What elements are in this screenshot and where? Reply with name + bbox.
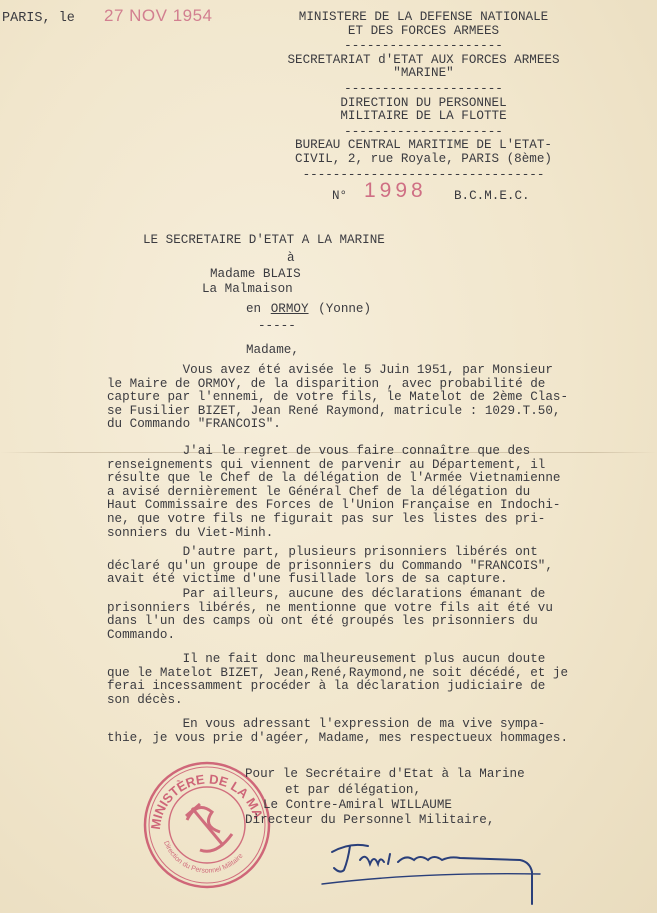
letterhead: MINISTERE DE LA DEFENSE NATIONALE ET DES… <box>266 11 581 208</box>
text-line: Par ailleurs, aucune des déclarations ém… <box>107 588 553 602</box>
secretariat-line1: SECRETARIAT d'ETAT AUX FORCES ARMEES <box>266 54 581 68</box>
ministry-line2: ET DES FORCES ARMEES <box>266 25 581 39</box>
recipient-town-line: en ORMOY (Yonne) <box>246 299 371 317</box>
text-line: capture par l'ennemi, de votre fils, le … <box>107 391 568 405</box>
text-line: se Fusilier BIZET, Jean René Raymond, ma… <box>107 405 568 419</box>
text-line: renseignements qui viennent de parvenir … <box>107 459 560 473</box>
separator: --------------------- <box>266 40 581 54</box>
signature-line-3: Le Contre-Amiral WILLAUME <box>263 799 452 813</box>
text-line: sonniers du Viet-Minh. <box>107 527 560 541</box>
signature-icon <box>320 830 550 910</box>
text-line: thie, je vous prie d'agéer, Madame, mes … <box>107 732 568 746</box>
number-label: N° <box>332 190 347 204</box>
place-label: PARIS, le <box>2 12 75 26</box>
body-paragraph-3: D'autre part, plusieurs prisonniers libé… <box>107 546 553 587</box>
text-line: Commando. <box>107 629 553 643</box>
number-value: 1998 <box>364 184 427 198</box>
separator: --------------------- <box>266 126 581 140</box>
ministry-line1: MINISTERE DE LA DEFENSE NATIONALE <box>266 11 581 25</box>
town-dept: (Yonne) <box>318 302 371 316</box>
secretariat-line2: "MARINE" <box>266 67 581 81</box>
text-line: résulte que le Chef de la délégation de … <box>107 472 560 486</box>
body-paragraph-5: Il ne fait donc malheureusement plus auc… <box>107 653 568 707</box>
direction-line1: DIRECTION DU PERSONNEL <box>266 97 581 111</box>
text-line: le Maire de ORMOY, de la disparition , a… <box>107 378 568 392</box>
text-line: du Commando "FRANCOIS". <box>107 418 568 432</box>
address-separator: ----- <box>258 320 296 334</box>
number-suffix: B.C.M.E.C. <box>454 190 530 204</box>
signature-line-1: Pour le Secrétaire d'Etat à la Marine <box>245 768 525 782</box>
body-paragraph-2: J'ai le regret de vous faire connaître q… <box>107 445 560 540</box>
text-line: ferai incessamment procéder à la déclara… <box>107 680 568 694</box>
recipient-place: La Malmaison <box>202 283 293 297</box>
handwritten-signature <box>320 830 550 910</box>
body-paragraph-6: En vous adressant l'expression de ma viv… <box>107 718 568 745</box>
signature-line-2: et par délégation, <box>285 784 421 798</box>
date-stamp: 27 NOV 1954 <box>104 9 213 23</box>
recipient-name: Madame BLAIS <box>210 268 301 282</box>
text-line: ne, que votre fils ne figurait pas sur l… <box>107 513 560 527</box>
text-line: Il ne fait donc malheureusement plus auc… <box>107 653 568 667</box>
sender-title: LE SECRETAIRE D'ETAT A LA MARINE <box>143 234 385 248</box>
text-line: Haut Commissaire des Forces de l'Union F… <box>107 499 560 513</box>
direction-line2: MILITAIRE DE LA FLOTTE <box>266 110 581 124</box>
separator: --------------------- <box>266 83 581 97</box>
text-line: que le Matelot BIZET, Jean,René,Raymond,… <box>107 667 568 681</box>
text-line: avait été victime d'une fusillade lors d… <box>107 573 553 587</box>
bureau-line1: BUREAU CENTRAL MARITIME DE L'ETAT- <box>266 139 581 153</box>
town-name: ORMOY <box>271 302 309 316</box>
text-line: prisonniers libérés, ne mentionne que vo… <box>107 602 553 616</box>
text-line: son décès. <box>107 694 568 708</box>
reference-number: N° 1998 B.C.M.E.C. <box>266 184 581 208</box>
text-line: J'ai le regret de vous faire connaître q… <box>107 445 560 459</box>
text-line: a avisé dernièrement le Général Chef de … <box>107 486 560 500</box>
body-paragraph-4: Par ailleurs, aucune des déclarations ém… <box>107 588 553 642</box>
text-line: En vous adressant l'expression de ma viv… <box>107 718 568 732</box>
text-line: dans l'un des camps où ont été groupés l… <box>107 615 553 629</box>
text-line: déclaré qu'un groupe de prisonniers du C… <box>107 560 553 574</box>
signature-line-4: Directeur du Personnel Militaire, <box>245 814 494 828</box>
text-line: Vous avez été avisée le 5 Juin 1951, par… <box>107 364 568 378</box>
town-prefix: en <box>246 302 261 316</box>
salutation: Madame, <box>246 344 299 358</box>
to-word: à <box>287 252 295 266</box>
text-line: D'autre part, plusieurs prisonniers libé… <box>107 546 553 560</box>
body-paragraph-1: Vous avez été avisée le 5 Juin 1951, par… <box>107 364 568 432</box>
bureau-line2: CIVIL, 2, rue Royale, PARIS (8ème) <box>266 153 581 167</box>
